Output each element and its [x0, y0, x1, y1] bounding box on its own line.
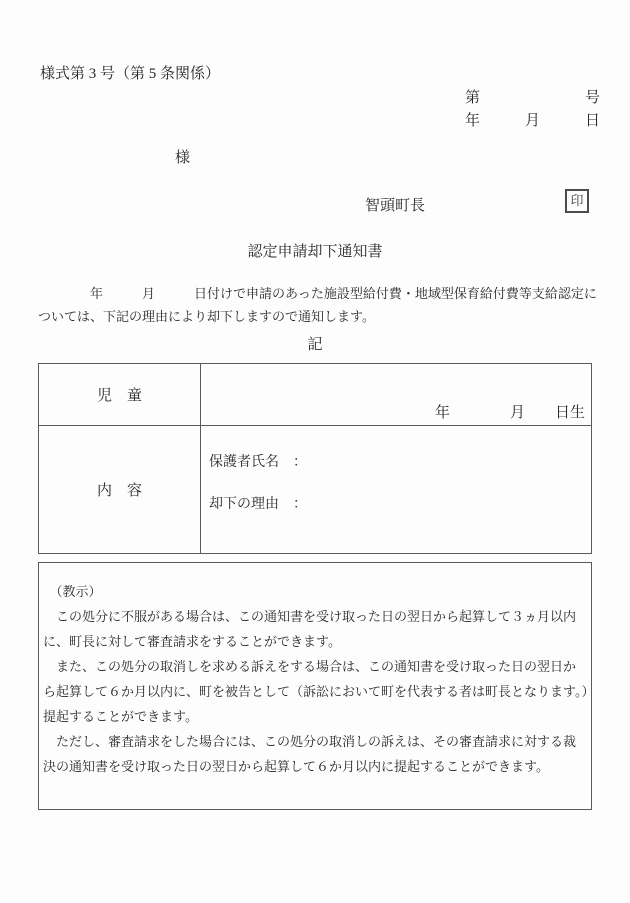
kyoji-text-line: また、この処分の取消しを求める訴えをする場合は、この通知書を受け取った日の翌日か: [43, 654, 587, 679]
birthdate-line: 年 月 日生: [435, 401, 585, 422]
kyoji-notice-box: （教示） この処分に不服がある場合は、この通知書を受け取った日の翌日から起算して…: [38, 562, 592, 810]
kyoji-text-line: 提起することができます。: [43, 704, 587, 729]
content-label: 内 容: [39, 426, 201, 553]
body-line: ついては、下記の理由により却下しますので通知します。: [38, 305, 598, 328]
document-page: 様式第 3 号（第 5 条関係） 第 号 年 月 日 様 智頭町長 印 認定申請…: [0, 0, 630, 903]
child-label: 児 童: [39, 364, 201, 425]
document-title: 認定申請却下通知書: [0, 240, 630, 261]
kyoji-text-line: ただし、審査請求をした場合には、この処分の取消しの訴えは、その審査請求に対する裁: [43, 729, 587, 754]
sender-title: 智頭町長: [365, 194, 425, 215]
table-row-content: 内 容 保護者氏名 ： 却下の理由 ：: [39, 426, 591, 553]
ki-heading: 記: [0, 333, 630, 354]
kyoji-text-line: ら起算して６か月以内に、町を被告として（訴訟において町を代表する者は町長となりま…: [43, 679, 587, 704]
issue-date-line: 年 月 日: [465, 109, 600, 130]
form-number: 様式第 3 号（第 5 条関係）: [40, 62, 220, 83]
seal-mark-icon: 印: [565, 189, 589, 213]
guardian-name-label: 保護者氏名 ：: [201, 451, 591, 471]
rejection-reason-label: 却下の理由 ：: [201, 493, 591, 513]
kyoji-heading: （教示）: [43, 579, 587, 604]
table-row-child: 児 童 年 月 日生: [39, 364, 591, 426]
doc-number-line: 第 号: [465, 86, 600, 107]
kyoji-text-line: 決の通知書を受け取った日の翌日から起算して６か月以内に提起することができます。: [43, 754, 587, 779]
addressee-honorific: 様: [175, 146, 190, 167]
body-paragraph: 年 月 日付けで申請のあった施設型給付費・地域型保育給付費等支給認定に ついては…: [38, 282, 598, 328]
content-value-cell: 保護者氏名 ： 却下の理由 ：: [201, 426, 591, 553]
detail-table: 児 童 年 月 日生 内 容 保護者氏名 ： 却下の理由 ：: [38, 363, 592, 554]
kyoji-text-line: に、町長に対して審査請求をすることができます。: [43, 629, 587, 654]
body-line: 年 月 日付けで申請のあった施設型給付費・地域型保育給付費等支給認定に: [38, 282, 598, 305]
child-value-cell: 年 月 日生: [201, 364, 591, 425]
kyoji-text-line: この処分に不服がある場合は、この通知書を受け取った日の翌日から起算して３ヵ月以内: [43, 604, 587, 629]
